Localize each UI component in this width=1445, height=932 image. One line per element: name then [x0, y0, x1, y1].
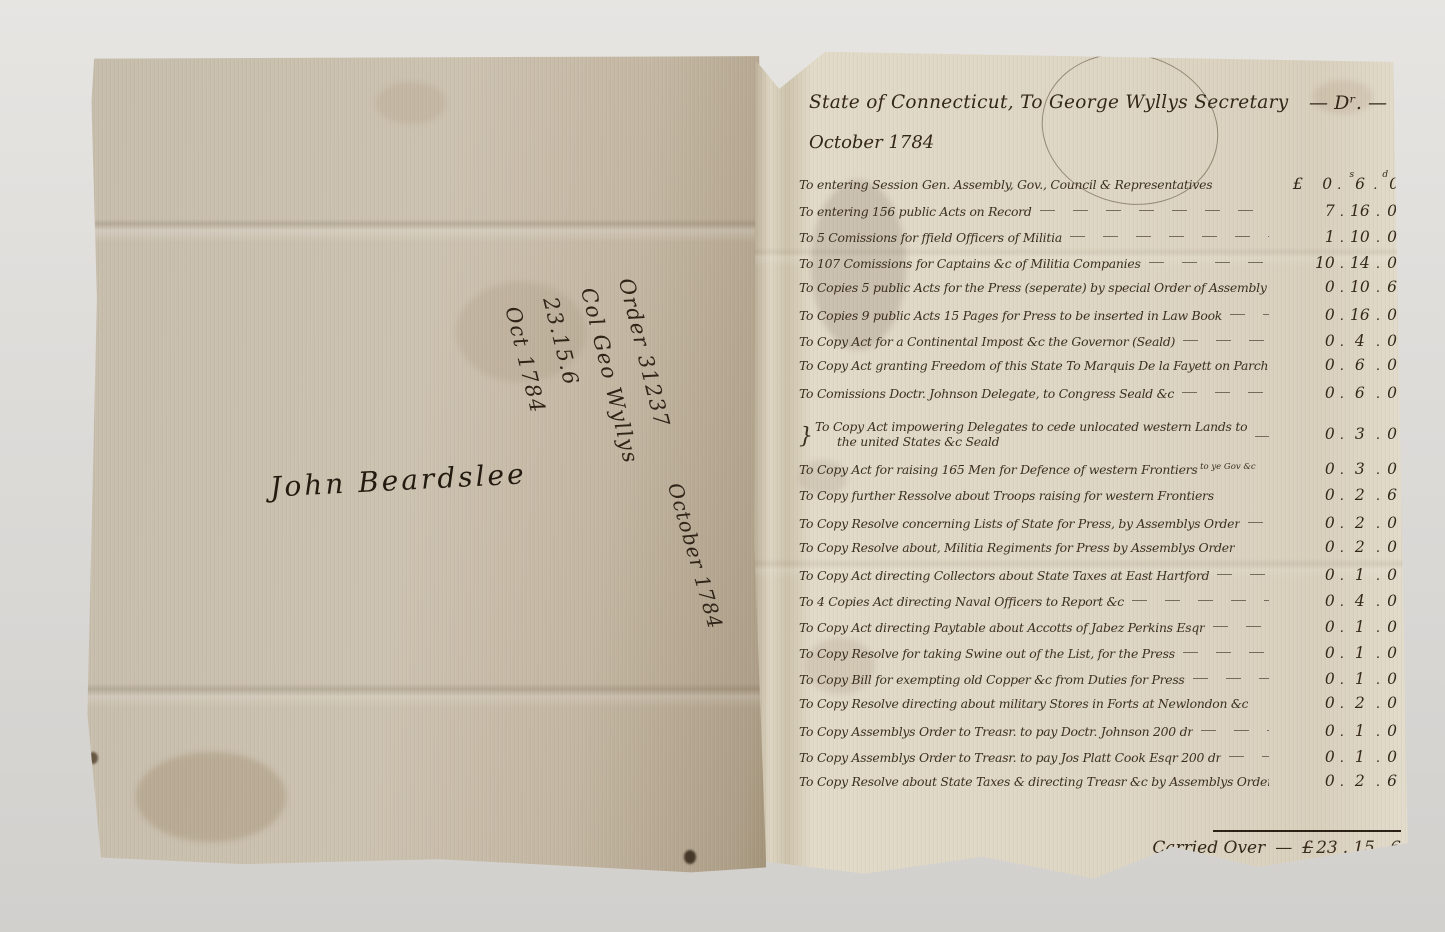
account-entry-row: To 4 Copies Act directing Naval Officers…	[799, 590, 1399, 616]
amount-shillings: 6	[1349, 356, 1371, 374]
separator-dot: .	[1371, 489, 1385, 504]
amount-pounds: 1	[1309, 228, 1335, 246]
separator-dot: .	[1335, 697, 1349, 712]
amount-shillings: 1	[1349, 722, 1371, 740]
amount-shillings: 10	[1349, 278, 1371, 296]
entry-description: To 4 Copies Act directing Naval Officers…	[799, 594, 1124, 609]
dash-leader	[1193, 668, 1269, 684]
entry-amount: 0 . 6 . 0	[1277, 356, 1399, 374]
entry-desc-wrap: To Copy Act directing Paytable about Acc…	[799, 620, 1205, 635]
entry-description: To Copy Resolve about, Militia Regiments…	[799, 540, 1235, 555]
dash-leader	[1229, 746, 1269, 762]
separator-dot: .	[1371, 205, 1385, 220]
entry-amount: 0 . 3 . 0	[1277, 425, 1399, 443]
entry-desc-wrap: To 4 Copies Act directing Naval Officers…	[799, 594, 1124, 609]
amount-pounds: 0	[1306, 175, 1332, 193]
account-page-content: State of Connecticut, To George Wyllys S…	[753, 40, 1409, 882]
amount-shillings: 2	[1349, 694, 1371, 712]
amount-pounds: 0	[1309, 566, 1335, 584]
entry-desc-wrap: To Copy Resolve directing about military…	[799, 696, 1248, 711]
amount-pounds: 0	[1309, 592, 1335, 610]
total-shillings: 15	[1353, 838, 1375, 858]
entry-amount: 10 . 14 . 0	[1277, 254, 1399, 272]
left-page: Order 31237 Col Geo Wyllys 23.15.6 Oct 1…	[86, 52, 766, 874]
amount-pounds: 0	[1309, 306, 1335, 324]
separator-dot: .	[1335, 673, 1349, 688]
entry-desc-wrap: To Copies 5 public Acts for the Press (s…	[799, 280, 1267, 295]
separator-dot: .	[1335, 387, 1349, 402]
account-entry-row: To Copy Resolve directing about military…	[799, 694, 1399, 720]
amount-shillings: 2	[1349, 538, 1371, 556]
amount-pence: 0	[1385, 644, 1399, 662]
separator-dot: .	[1371, 335, 1385, 350]
paper-stain	[684, 850, 696, 864]
account-entry-row: To Copies 5 public Acts for the Press (s…	[799, 278, 1399, 304]
amount-pence: 6	[1385, 278, 1399, 296]
amount-pounds: 7	[1309, 202, 1335, 220]
entry-description: To 107 Comissions for Captains &c of Mil…	[799, 256, 1141, 271]
paper-stain	[136, 752, 286, 842]
amount-pounds: 0	[1309, 670, 1335, 688]
dash-leader	[1255, 426, 1269, 442]
dash-leader	[1183, 642, 1269, 658]
entry-desc-wrap: To entering 156 public Acts on Record	[799, 204, 1032, 219]
amount-pence: 0	[1385, 425, 1399, 443]
separator-dot: .	[1371, 463, 1385, 478]
amount-pence: 0	[1385, 356, 1399, 374]
pound-sign: £	[1293, 174, 1303, 193]
account-entry-row: To Copy Assemblys Order to Treasr. to pa…	[799, 746, 1399, 772]
total-pence: 6	[1390, 838, 1401, 858]
entry-description: To Copy further Ressolve about Troops ra…	[799, 488, 1214, 503]
entry-desc-wrap: To Copy Resolve about, Militia Regiments…	[799, 540, 1235, 555]
entry-desc-wrap: To Copy Resolve for taking Swine out of …	[799, 646, 1175, 661]
amount-shillings: 10	[1349, 228, 1371, 246]
amount-pence: 0	[1385, 254, 1399, 272]
separator-dot: .	[1371, 231, 1385, 246]
paper-stain	[88, 752, 98, 764]
separator-dot: .	[1371, 673, 1385, 688]
amount-pounds: 0	[1309, 486, 1335, 504]
total-dash: —	[1265, 838, 1302, 858]
amount-pence: 0	[1385, 460, 1399, 478]
separator-dot: .	[1335, 725, 1349, 740]
separator-dot: .	[1371, 569, 1385, 584]
amount-pounds: 0	[1309, 722, 1335, 740]
entry-amount: 0 . 4 . 0	[1277, 332, 1399, 350]
amount-pence: d0	[1382, 175, 1399, 193]
account-entry-row: To 107 Comissions for Captains &c of Mil…	[799, 252, 1399, 278]
dash-leader	[1183, 330, 1269, 346]
entry-amount: 0 . 2 . 0	[1277, 694, 1399, 712]
separator-dot: .	[1335, 647, 1349, 662]
account-entry-row: } To Copy Act impowering Delegates to ce…	[799, 408, 1399, 460]
amount-pence: 0	[1385, 538, 1399, 556]
entry-amount: 0 . 1 . 0	[1277, 748, 1399, 766]
pound-sign: £	[1302, 838, 1313, 858]
separator-dot: .	[1338, 838, 1353, 858]
entry-description: To Copy Assemblys Order to Treasr. to pa…	[799, 724, 1193, 739]
photo-backdrop: Order 31237 Col Geo Wyllys 23.15.6 Oct 1…	[0, 0, 1445, 932]
amount-pence: 0	[1385, 748, 1399, 766]
separator-dot: .	[1335, 309, 1349, 324]
separator-dot: .	[1371, 281, 1385, 296]
account-entry-row: To Copy Resolve concerning Lists of Stat…	[799, 512, 1399, 538]
header-date: October 1784	[809, 132, 934, 153]
entry-amount: 0 . 2 . 6	[1277, 486, 1399, 504]
entry-desc-wrap: To 107 Comissions for Captains &c of Mil…	[799, 256, 1141, 271]
dash-leader	[1070, 226, 1269, 242]
separator-dot: .	[1335, 621, 1349, 636]
entry-amount: 0 . 1 . 0	[1277, 566, 1399, 584]
entry-amount: 0 . 2 . 6	[1277, 772, 1399, 790]
entry-description: To Copy Act granting Freedom of this Sta…	[799, 358, 1269, 373]
entry-description: To Copy Bill for exempting old Copper &c…	[799, 672, 1185, 687]
separator-dot: .	[1371, 541, 1385, 556]
separator-dot: .	[1335, 359, 1349, 374]
entry-description: To Comissions Doctr. Johnson Delegate, t…	[799, 386, 1174, 401]
entry-amount: 0 . 3 . 0	[1277, 460, 1399, 478]
account-entry-row: To 5 Comissions for ffield Officers of M…	[799, 226, 1399, 252]
amount-pence: 0	[1385, 566, 1399, 584]
entry-amount: 0 . 2 . 0	[1277, 514, 1399, 532]
amount-pounds: 0	[1309, 356, 1335, 374]
total-row: Carried Over — £ 23 . 15 . 6	[799, 838, 1401, 858]
account-entry-row: To Copy Act directing Collectors about S…	[799, 564, 1399, 590]
amount-shillings: 1	[1349, 644, 1371, 662]
separator-dot: .	[1371, 751, 1385, 766]
entry-description: To Copy Act directing Paytable about Acc…	[799, 620, 1205, 635]
separator-dot: .	[1335, 257, 1349, 272]
account-entry-row: To entering 156 public Acts on Record 7 …	[799, 200, 1399, 226]
amount-shillings: 14	[1349, 254, 1371, 272]
entry-description: To Copies 9 public Acts 15 Pages for Pre…	[799, 308, 1222, 323]
amount-pence: 0	[1385, 670, 1399, 688]
entry-amount: 0 . 1 . 0	[1277, 644, 1399, 662]
amount-pounds: 0	[1309, 425, 1335, 443]
separator-dot: .	[1371, 595, 1385, 610]
amount-pence: 0	[1385, 618, 1399, 636]
separator-dot: .	[1371, 621, 1385, 636]
dash-leader	[1040, 200, 1269, 216]
separator-dot: .	[1335, 595, 1349, 610]
amount-shillings: 1	[1349, 670, 1371, 688]
entry-desc-wrap: To Copy Assemblys Order to Treasr. to pa…	[799, 750, 1221, 765]
separator-dot: .	[1335, 463, 1349, 478]
amount-pence: 0	[1385, 722, 1399, 740]
entry-amount: 0 . 4 . 0	[1277, 592, 1399, 610]
entry-amount: 1 . 10 . 0	[1277, 228, 1399, 246]
dash-leader	[1230, 304, 1269, 320]
amount-shillings: 16	[1349, 202, 1371, 220]
total-label: Carried Over	[1152, 838, 1265, 858]
separator-dot: .	[1335, 428, 1349, 443]
separator-dot: .	[1371, 257, 1385, 272]
amount-pounds: 0	[1309, 538, 1335, 556]
dash-leader	[1217, 564, 1269, 580]
amount-shillings: 2	[1349, 514, 1371, 532]
dash-leader	[1213, 616, 1269, 632]
entry-amount: 0 . 10 . 6	[1277, 278, 1399, 296]
dash-leader	[1149, 252, 1269, 268]
amount-pence: 0	[1385, 514, 1399, 532]
account-entry-row: To Copy Resolve about, Militia Regiments…	[799, 538, 1399, 564]
dash-leader	[1132, 590, 1269, 606]
entry-description: To Copies 5 public Acts for the Press (s…	[799, 280, 1267, 295]
entry-desc-wrap: To Copy Act impowering Delegates to cede…	[815, 419, 1247, 449]
entries-list: To entering Session Gen. Assembly, Gov.,…	[799, 174, 1399, 798]
amount-shillings: 2	[1349, 486, 1371, 504]
separator-dot: .	[1371, 697, 1385, 712]
separator-dot: .	[1335, 751, 1349, 766]
entry-desc-wrap: To Copies 9 public Acts 15 Pages for Pre…	[799, 308, 1222, 323]
entry-description: To 5 Comissions for ffield Officers of M…	[799, 230, 1062, 245]
amount-pounds: 0	[1309, 514, 1335, 532]
entry-desc-wrap: To Copy Act granting Freedom of this Sta…	[799, 358, 1269, 373]
amount-pence: 0	[1385, 332, 1399, 350]
separator-dot: .	[1335, 517, 1349, 532]
entry-description: To Copy Act impowering Delegates to cede…	[815, 419, 1247, 434]
separator-dot: .	[1332, 178, 1346, 193]
entry-desc-wrap: To Copy Resolve concerning Lists of Stat…	[799, 516, 1240, 531]
separator-dot: .	[1335, 775, 1349, 790]
debit-mark: — Dʳ. —	[1309, 92, 1387, 114]
right-page: State of Connecticut, To George Wyllys S…	[753, 40, 1409, 882]
account-entry-row: To Copies 9 public Acts 15 Pages for Pre…	[799, 304, 1399, 330]
amount-pounds: 0	[1309, 694, 1335, 712]
entry-description: To entering 156 public Acts on Record	[799, 204, 1032, 219]
amount-pounds: 10	[1309, 254, 1335, 272]
account-entry-row: To Copy Act for a Continental Impost &c …	[799, 330, 1399, 356]
amount-shillings: 2	[1349, 772, 1371, 790]
separator-dot: .	[1371, 387, 1385, 402]
entry-amount: 0 . 16 . 0	[1277, 306, 1399, 324]
entry-description: To Copy Resolve directing about military…	[799, 696, 1248, 711]
account-entry-row: To Copy Act for raising 165 Men for Defe…	[799, 460, 1399, 486]
amount-pounds: 0	[1309, 460, 1335, 478]
entry-desc-wrap: To Copy Resolve about State Taxes & dire…	[799, 774, 1269, 789]
amount-pounds: 0	[1309, 384, 1335, 402]
entry-desc-wrap: To Copy Act for a Continental Impost &c …	[799, 334, 1175, 349]
account-entry-row: To Copy Resolve for taking Swine out of …	[799, 642, 1399, 668]
amount-shillings: 6	[1349, 384, 1371, 402]
entry-amount: 0 . 1 . 0	[1277, 618, 1399, 636]
entry-description: To Copy Act directing Collectors about S…	[799, 568, 1209, 583]
amount-pounds: 0	[1309, 644, 1335, 662]
entry-amount: 7 . 16 . 0	[1277, 202, 1399, 220]
separator-dot: .	[1371, 647, 1385, 662]
amount-shillings: 16	[1349, 306, 1371, 324]
entry-desc-wrap: To Copy further Ressolve about Troops ra…	[799, 488, 1214, 503]
separator-dot: .	[1371, 309, 1385, 324]
amount-pence: 0	[1385, 306, 1399, 324]
separator-dot: .	[1368, 178, 1382, 193]
total-pounds: 23	[1316, 838, 1338, 858]
amount-pence: 0	[1385, 694, 1399, 712]
amount-pounds: 0	[1309, 748, 1335, 766]
amount-pence: 6	[1385, 772, 1399, 790]
entry-amount: 0 . 1 . 0	[1277, 722, 1399, 740]
entry-description: To entering Session Gen. Assembly, Gov.,…	[799, 177, 1212, 192]
separator-dot: .	[1335, 489, 1349, 504]
account-entry-row: To Copy further Ressolve about Troops ra…	[799, 486, 1399, 512]
amount-pence: 0	[1385, 384, 1399, 402]
entry-description: To Copy Resolve for taking Swine out of …	[799, 646, 1175, 661]
amount-pounds: 0	[1309, 332, 1335, 350]
separator-dot: .	[1335, 335, 1349, 350]
entry-description: To Copy Assemblys Order to Treasr. to pa…	[799, 750, 1221, 765]
page-title: State of Connecticut, To George Wyllys S…	[809, 92, 1288, 113]
separator-dot: .	[1371, 517, 1385, 532]
separator-dot: .	[1371, 428, 1385, 443]
amount-shillings: s6	[1346, 175, 1368, 193]
dash-leader	[1201, 720, 1269, 736]
entry-amount: 0 . 2 . 0	[1277, 538, 1399, 556]
separator-dot: .	[1371, 359, 1385, 374]
entry-amount: 0 . 6 . 0	[1277, 384, 1399, 402]
separator-dot: .	[1335, 231, 1349, 246]
amount-pence: 0	[1385, 202, 1399, 220]
entry-desc-wrap: To Comissions Doctr. Johnson Delegate, t…	[799, 386, 1174, 401]
account-entry-row: To Copy Act granting Freedom of this Sta…	[799, 356, 1399, 382]
entry-desc-wrap: To Copy Act for raising 165 Men for Defe…	[799, 462, 1256, 477]
amount-pounds: 0	[1309, 618, 1335, 636]
separator-dot: .	[1335, 541, 1349, 556]
account-entry-row: To entering Session Gen. Assembly, Gov.,…	[799, 174, 1399, 200]
dash-leader	[1182, 382, 1269, 398]
entry-desc-wrap: To Copy Assemblys Order to Treasr. to pa…	[799, 724, 1193, 739]
entry-description-line2: the united States &c Seald	[815, 434, 1247, 449]
amount-pence: 6	[1385, 486, 1399, 504]
account-entry-row: To Copy Bill for exempting old Copper &c…	[799, 668, 1399, 694]
amount-pence: 0	[1385, 592, 1399, 610]
separator-dot: .	[1335, 569, 1349, 584]
account-entry-row: To Copy Act directing Paytable about Acc…	[799, 616, 1399, 642]
separator-dot: .	[1335, 281, 1349, 296]
signature: John Beardslee	[269, 457, 527, 503]
amount-shillings: 1	[1349, 566, 1371, 584]
amount-pounds: 0	[1309, 772, 1335, 790]
dash-leader	[1248, 512, 1269, 528]
entry-desc-wrap: To entering Session Gen. Assembly, Gov.,…	[799, 177, 1212, 192]
entry-brace: }	[799, 424, 813, 449]
amount-shillings: 1	[1349, 618, 1371, 636]
entry-description: To Copy Act for raising 165 Men for Defe…	[799, 462, 1256, 477]
amount-shillings: 4	[1349, 592, 1371, 610]
account-entry-row: To Comissions Doctr. Johnson Delegate, t…	[799, 382, 1399, 408]
entry-superscript: to ye Gov &c	[1197, 462, 1255, 472]
entry-amount: £ 0 . s6 . d0	[1277, 174, 1399, 193]
entry-amount: 0 . 1 . 0	[1277, 670, 1399, 688]
entry-description: To Copy Resolve about State Taxes & dire…	[799, 774, 1269, 789]
total-amount: £ 23 . 15 . 6	[1302, 838, 1401, 858]
amount-shillings: 3	[1349, 425, 1371, 443]
total-rule	[1213, 830, 1401, 832]
paper-stain	[376, 82, 446, 124]
amount-shillings: 1	[1349, 748, 1371, 766]
entry-description: To Copy Act for a Continental Impost &c …	[799, 334, 1175, 349]
amount-shillings: 4	[1349, 332, 1371, 350]
entry-description: To Copy Resolve concerning Lists of Stat…	[799, 516, 1240, 531]
separator-dot: .	[1375, 838, 1390, 858]
account-entry-row: To Copy Resolve about State Taxes & dire…	[799, 772, 1399, 798]
entry-desc-wrap: To Copy Act directing Collectors about S…	[799, 568, 1209, 583]
entry-desc-wrap: To 5 Comissions for ffield Officers of M…	[799, 230, 1062, 245]
account-entry-row: To Copy Assemblys Order to Treasr. to pa…	[799, 720, 1399, 746]
entry-desc-wrap: To Copy Bill for exempting old Copper &c…	[799, 672, 1185, 687]
amount-shillings: 3	[1349, 460, 1371, 478]
separator-dot: .	[1371, 775, 1385, 790]
separator-dot: .	[1371, 725, 1385, 740]
separator-dot: .	[1335, 205, 1349, 220]
amount-pence: 0	[1385, 228, 1399, 246]
amount-pounds: 0	[1309, 278, 1335, 296]
